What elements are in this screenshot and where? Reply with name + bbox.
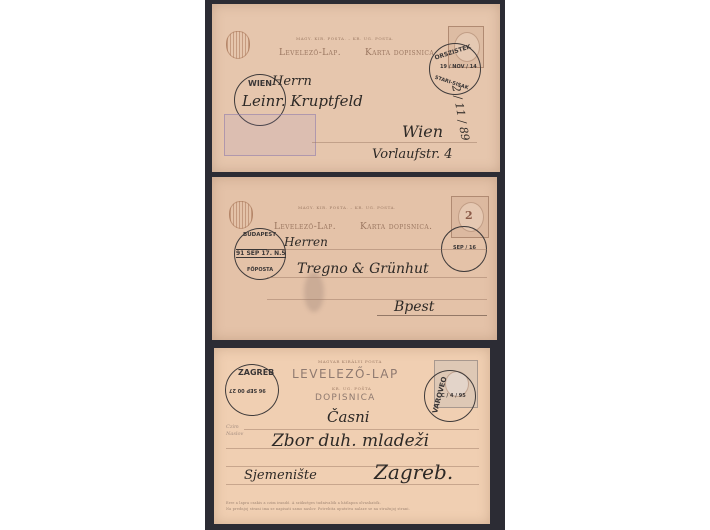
coat-of-arms-icon <box>226 31 250 59</box>
card1-title-right: Karta dopisnica <box>365 48 434 58</box>
address-line <box>267 249 487 250</box>
handwritten-recipient: Tregno & Grünhut <box>297 261 429 277</box>
address-line <box>377 315 487 316</box>
violet-cachet <box>224 114 316 156</box>
stamp-value: 2 <box>465 209 473 222</box>
card1-title-left: Levelező-Lap. <box>279 48 341 58</box>
address-label-naslov: Naslov <box>226 431 243 437</box>
handwritten-salutation: Herren <box>284 235 328 249</box>
handwritten-city: Zagreb. <box>374 460 453 484</box>
footer-instructions-hr: Na prednjoj strani ima se napisati samo … <box>226 507 410 511</box>
handwritten-salutation: Herrn <box>272 74 312 89</box>
handwritten-margin-note: 2 / 11 / 89 <box>449 84 472 142</box>
card2-title-right: Karta dopisnica. <box>360 222 432 232</box>
card2-title-left: Levelező-Lap. <box>274 222 336 232</box>
postcard-2: MAGY. KIR. POSTA. – KR. UG. POSTA. Level… <box>212 177 497 340</box>
postmark-left-zagreb: ZAGREB 96 SEP 00 27 <box>225 364 279 416</box>
postmark-right-varovdeo: VAROVEO C / 4 / 95 <box>424 370 476 422</box>
postcard-3: MAGYAR KIRÁLYI POSTA LEVELEZŐ-LAP KR. UG… <box>214 348 490 524</box>
address-line <box>312 142 477 143</box>
smudge <box>304 272 324 312</box>
card3-header-small-top: MAGYAR KIRÁLYI POSTA <box>318 359 382 364</box>
postmark-left-budapest: BUDAPEST 91 SEP 17. N.5 FŐPOSTA <box>234 228 286 280</box>
card1-header-small: MAGY. KIR. POSTA. – KR. UG. POSTA. <box>296 36 394 41</box>
address-line <box>267 277 487 278</box>
handwritten-sender: Sjemenište <box>244 468 317 483</box>
address-label-czim: Czim <box>226 424 239 430</box>
handwritten-recipient: Leinr. Kruptfeld <box>242 92 363 110</box>
card3-subtitle: DOPISNICA <box>315 393 375 403</box>
address-line <box>267 299 487 300</box>
card2-header-small: MAGY. KIR. POSTA. – KR. UG. POSTA. <box>298 205 396 210</box>
card3-header-small-mid: KR. UG. POŠTA <box>332 386 371 391</box>
address-line <box>244 429 479 430</box>
handwritten-salutation: Časni <box>327 408 370 426</box>
postcard-1: MAGY. KIR. POSTA. – KR. UG. POSTA. Level… <box>212 4 500 172</box>
handwritten-city: Wien <box>402 122 443 141</box>
handwritten-street: Vorlaufstr. 4 <box>372 147 453 162</box>
coat-of-arms-icon <box>229 201 253 229</box>
handwritten-recipient: Zbor duh. mladeži <box>272 431 429 451</box>
card3-title: LEVELEZŐ-LAP <box>292 367 399 381</box>
footer-instructions-hu: Erre a lapra csakis a czim irandó. A szü… <box>226 501 381 505</box>
address-line <box>226 484 479 485</box>
handwritten-city: Bpest <box>394 299 434 315</box>
